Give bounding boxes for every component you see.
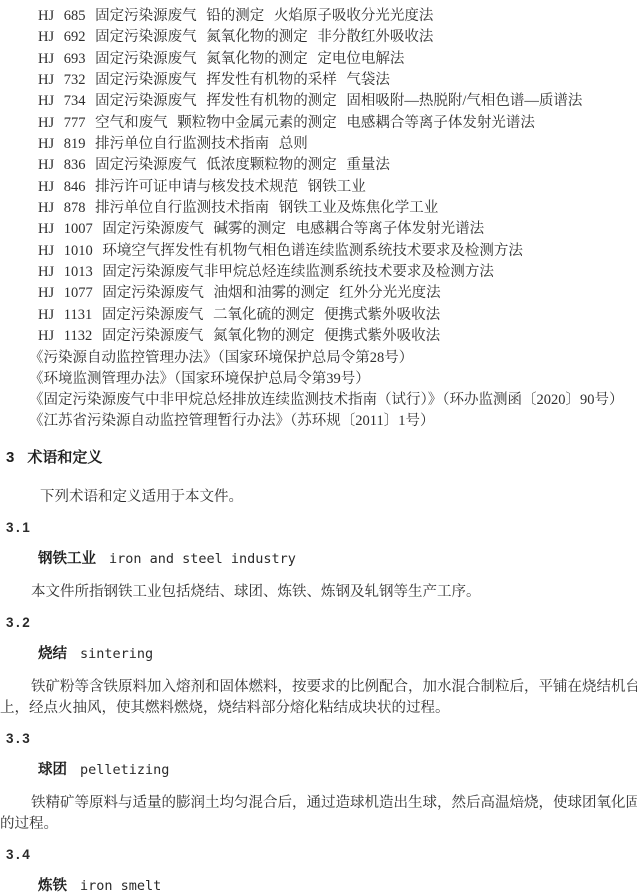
regulation-reference-item: 《污染源自动监控管理办法》（国家环境保护总局令第28号） <box>29 348 637 369</box>
standard-reference-item: HJ 846 排污许可证申请与核发技术规范 钢铁工业 <box>38 177 637 198</box>
regulation-reference-item: 《固定污染源废气中非甲烷总烃排放连续监测技术指南（试行）》（环办监测函〔2020… <box>29 390 637 411</box>
standard-reference-item: HJ 1007 固定污染源废气 碱雾的测定 电感耦合等离子体发射光谱法 <box>38 219 637 240</box>
term-en: iron smelt <box>80 878 161 894</box>
standards-reference-list: HJ 685 固定污染源废气 铅的测定 火焰原子吸收分光光度法 HJ 692 固… <box>0 0 637 348</box>
term-zh: 烧结 <box>38 646 67 662</box>
definition-line: 上，经点火抽风，使其燃料燃烧，烧结料部分熔化粘结成块状的过程。 <box>0 698 637 719</box>
definition-line: 铁矿粉等含铁原料加入熔剂和固体燃料，按要求的比例配合，加水混合制粒后，平铺在烧结… <box>0 677 637 698</box>
clause-number: 3.3 <box>6 731 637 746</box>
term-en: sintering <box>80 646 153 662</box>
standard-reference-item: HJ 734 固定污染源废气 挥发性有机物的测定 固相吸附—热脱附/气相色谱—质… <box>38 91 637 112</box>
standard-reference-item: HJ 1013 固定污染源废气非甲烷总烃连续监测系统技术要求及检测方法 <box>38 262 637 283</box>
regulation-reference-item: 《环境监测管理办法》（国家环境保护总局令第39号） <box>29 369 637 390</box>
standard-reference-item: HJ 836 固定污染源废气 低浓度颗粒物的测定 重量法 <box>38 155 637 176</box>
clause-number: 3.2 <box>6 615 637 630</box>
standard-reference-item: HJ 1010 环境空气挥发性有机物气相色谱连续监测系统技术要求及检测方法 <box>38 241 637 262</box>
definition-paragraph: 铁精矿等原料与适量的膨润土均匀混合后，通过造球机造出生球，然后高温焙烧，使球团氧… <box>0 793 637 835</box>
term-zh: 炼铁 <box>38 878 67 894</box>
standard-reference-item: HJ 777 空气和废气 颗粒物中金属元素的测定 电感耦合等离子体发射光谱法 <box>38 113 637 134</box>
standard-reference-item: HJ 1077 固定污染源废气 油烟和油雾的测定 红外分光光度法 <box>38 283 637 304</box>
definition-paragraph: 本文件所指钢铁工业包括烧结、球团、炼铁、炼钢及轧钢等生产工序。 <box>0 582 637 603</box>
standard-reference-item: HJ 732 固定污染源废气 挥发性有机物的采样 气袋法 <box>38 70 637 91</box>
standard-reference-item: HJ 693 固定污染源废气 氮氧化物的测定 定电位电解法 <box>38 49 637 70</box>
section-intro: 下列术语和定义适用于本文件。 <box>0 487 637 508</box>
standard-reference-item: HJ 1132 固定污染源废气 氮氧化物的测定 便携式紫外吸收法 <box>38 326 637 347</box>
regulations-reference-list: 《污染源自动监控管理办法》（国家环境保护总局令第28号） 《环境监测管理办法》（… <box>0 348 637 433</box>
definition-paragraph: 铁矿粉等含铁原料加入熔剂和固体燃料，按要求的比例配合，加水混合制粒后，平铺在烧结… <box>0 677 637 719</box>
term-en: pelletizing <box>80 762 169 778</box>
standard-reference-item: HJ 685 固定污染源废气 铅的测定 火焰原子吸收分光光度法 <box>38 6 637 27</box>
term-line: 炼铁iron smelt <box>38 878 637 895</box>
term-line: 球团pelletizing <box>38 762 637 779</box>
definition-line: 铁精矿等原料与适量的膨润土均匀混合后，通过造球机造出生球，然后高温焙烧，使球团氧… <box>0 793 637 814</box>
standard-reference-item: HJ 819 排污单位自行监测技术指南 总则 <box>38 134 637 155</box>
term-line: 钢铁工业iron and steel industry <box>38 551 637 568</box>
standard-reference-item: HJ 878 排污单位自行监测技术指南 钢铁工业及炼焦化学工业 <box>38 198 637 219</box>
standard-reference-item: HJ 692 固定污染源废气 氮氧化物的测定 非分散红外吸收法 <box>38 27 637 48</box>
definition-line: 的过程。 <box>0 814 637 835</box>
document-page: HJ 685 固定污染源废气 铅的测定 火焰原子吸收分光光度法 HJ 692 固… <box>0 0 637 895</box>
definition-line: 本文件所指钢铁工业包括烧结、球团、炼铁、炼钢及轧钢等生产工序。 <box>0 582 637 603</box>
section-title: 术语和定义 <box>27 449 102 466</box>
term-en: iron and steel industry <box>109 551 296 567</box>
term-zh: 球团 <box>38 762 67 778</box>
regulation-reference-item: 《江苏省污染源自动监控管理暂行办法》（苏环规〔2011〕1号） <box>29 411 637 432</box>
standard-reference-item: HJ 1131 固定污染源废气 二氧化硫的测定 便携式紫外吸收法 <box>38 305 637 326</box>
term-zh: 钢铁工业 <box>38 551 96 567</box>
term-line: 烧结sintering <box>38 646 637 663</box>
section-heading: 3术语和定义 <box>6 450 637 466</box>
section-number: 3 <box>6 450 14 466</box>
clause-number: 3.1 <box>6 520 637 535</box>
clause-number: 3.4 <box>6 847 637 862</box>
